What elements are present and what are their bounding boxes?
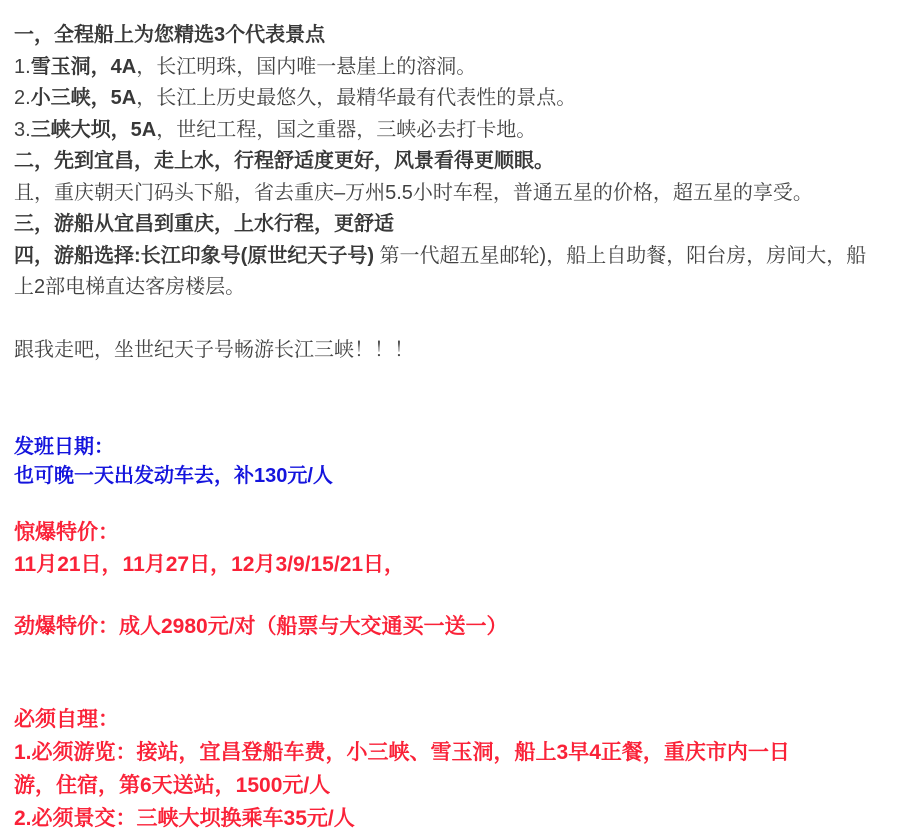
self-pay-title: 必须自理： xyxy=(14,703,916,736)
departure-dates-note: 也可晚一天出发动车去，补130元/人 xyxy=(14,462,916,491)
slogan-text: 跟我走吧，坐世纪天子号畅游长江三峡！！！ xyxy=(14,339,414,361)
scenic-item-2-name: 小三峡，5A xyxy=(31,87,137,109)
deal-section: 劲爆特价：成人2980元/对（船票与大交通买一送一） xyxy=(14,611,916,643)
heading-selected-scenic-spots: 一，全程船上为您精选3个代表景点 xyxy=(14,20,916,52)
heading-upstream-route: 三，游船从宜昌到重庆，上水行程，更舒适 xyxy=(14,209,916,241)
departure-dates-title: 发班日期： xyxy=(14,433,916,462)
cruise-ship-desc-line2: 上2部电梯直达客房楼层。 xyxy=(14,276,245,298)
flash-sale-title: 惊爆特价： xyxy=(14,517,916,549)
heading-yichang-first: 二，先到宜昌，走上水，行程舒适度更好，风景看得更顺眼。 xyxy=(14,146,916,178)
chongqing-dock-note-text: 且，重庆朝天门码头下船，省去重庆–万州5.5小时车程，普通五星的价格，超五星的享… xyxy=(14,182,813,204)
intro-section: 一，全程船上为您精选3个代表景点 1.雪玉洞，4A，长江明珠，国内唯一悬崖上的溶… xyxy=(14,20,916,367)
flash-sale-section: 惊爆特价： 11月21日，11月27日，12月3/9/15/21日， xyxy=(14,517,916,581)
scenic-item-1-name: 雪玉洞，4A xyxy=(31,56,137,78)
scenic-item-3-name: 三峡大坝，5A xyxy=(31,119,157,141)
scenic-item-1: 1.雪玉洞，4A，长江明珠，国内唯一悬崖上的溶洞。 xyxy=(14,52,916,84)
heading-upstream-route-text: 三，游船从宜昌到重庆，上水行程，更舒适 xyxy=(14,213,394,235)
flash-sale-dates: 11月21日，11月27日，12月3/9/15/21日， xyxy=(14,549,916,581)
heading-yichang-first-text: 二，先到宜昌，走上水，行程舒适度更好，风景看得更顺眼。 xyxy=(14,150,554,172)
heading-cruise-ship-choice: 四，游船选择:长江印象号(原世纪天子号) 第一代超五星邮轮)，船上自助餐，阳台房… xyxy=(14,241,916,304)
self-pay-item-1-line2: 游，住宿，第6天送站，1500元/人 xyxy=(14,774,330,797)
self-pay-section: 必须自理： 1.必须游览：接站，宜昌登船车费，小三峡、雪玉洞，船上3早4正餐，重… xyxy=(14,703,916,835)
scenic-item-3: 3.三峡大坝，5A，世纪工程，国之重器，三峡必去打卡地。 xyxy=(14,115,916,147)
scenic-item-1-number: 1. xyxy=(14,56,31,78)
scenic-item-2: 2.小三峡，5A，长江上历史最悠久，最精华最有代表性的景点。 xyxy=(14,83,916,115)
chongqing-dock-note: 且，重庆朝天门码头下船，省去重庆–万州5.5小时车程，普通五星的价格，超五星的享… xyxy=(14,178,916,210)
scenic-item-2-desc: ，长江上历史最悠久，最精华最有代表性的景点。 xyxy=(136,87,576,109)
self-pay-item-1-line1: 1.必须游览：接站，宜昌登船车费，小三峡、雪玉洞，船上3早4正餐，重庆市内一日 xyxy=(14,741,790,764)
deal-price-line: 劲爆特价：成人2980元/对（船票与大交通买一送一） xyxy=(14,611,916,643)
slogan-line: 跟我走吧，坐世纪天子号畅游长江三峡！！！ xyxy=(14,335,916,367)
scenic-item-3-desc: ，世纪工程，国之重器，三峡必去打卡地。 xyxy=(156,119,536,141)
scenic-item-1-desc: ，长江明珠，国内唯一悬崖上的溶洞。 xyxy=(136,56,476,78)
scenic-item-3-number: 3. xyxy=(14,119,31,141)
heading-selected-scenic-spots-text: 一，全程船上为您精选3个代表景点 xyxy=(14,24,325,46)
self-pay-item-1: 1.必须游览：接站，宜昌登船车费，小三峡、雪玉洞，船上3早4正餐，重庆市内一日游… xyxy=(14,736,916,802)
cruise-ship-name: 四，游船选择:长江印象号(原世纪天子号) xyxy=(14,245,374,267)
scenic-item-2-number: 2. xyxy=(14,87,31,109)
itinerary-document: 一，全程船上为您精选3个代表景点 1.雪玉洞，4A，长江明珠，国内唯一悬崖上的溶… xyxy=(0,0,924,835)
self-pay-item-2: 2.必须景交：三峡大坝换乘车35元/人 xyxy=(14,802,916,835)
cruise-ship-desc-line1: 第一代超五星邮轮)，船上自助餐，阳台房，房间大，船 xyxy=(374,245,866,267)
departure-dates-section: 发班日期： 也可晚一天出发动车去，补130元/人 xyxy=(14,433,916,491)
